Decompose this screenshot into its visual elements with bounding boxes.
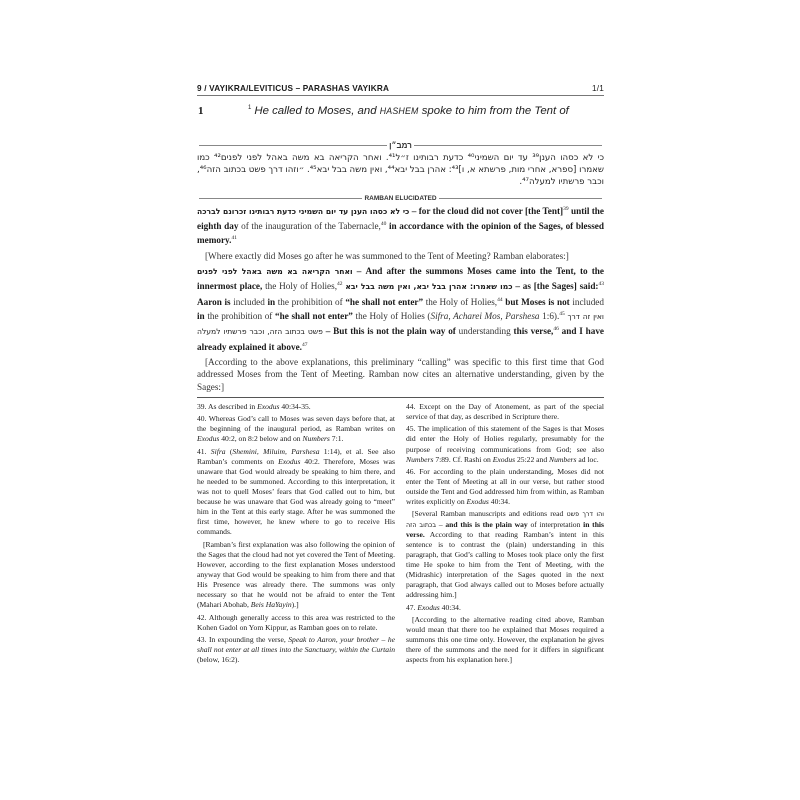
- ramban-elucidated-heading: RAMBAN ELUCIDATED: [197, 195, 604, 202]
- elucidated-bracket-note-2: [According to the above explanations, th…: [197, 356, 604, 393]
- footnotes-left-column: 39. As described in Exodus 40:34-35.40. …: [197, 402, 395, 667]
- book-page: 9 / VAYIKRA/LEVITICUS – PARASHAS VAYIKRA…: [197, 84, 604, 667]
- footnotes-right-column: 44. Except on the Day of Atonement, as p…: [406, 402, 604, 667]
- footnote-fn46: 46. For according to the plain understan…: [406, 467, 604, 507]
- ramban-hebrew-heading: רמב״ן: [197, 141, 604, 150]
- verse-line: 1 1He called to Moses, and Hashem spoke …: [197, 105, 604, 135]
- elucidated-paragraph-1: כי לא כסהו הענן עד יום השמיני כדעת רבותי…: [197, 203, 604, 247]
- elucidated-commentary: כי לא כסהו הענן עד יום השמיני כדעת רבותי…: [197, 203, 604, 393]
- footnote-fn42: 42. Although generally access to this ar…: [197, 613, 395, 633]
- hashem-smallcaps: Hashem: [380, 106, 419, 116]
- footnotes: 39. As described in Exodus 40:34-35.40. …: [197, 402, 604, 667]
- footnote-fn40: 40. Whereas God’s call to Moses was seve…: [197, 414, 395, 444]
- elucidated-bracket-note-1: [Where exactly did Moses go after he was…: [197, 250, 604, 262]
- footnote-fn47b: [According to the alternative reading ci…: [406, 615, 604, 665]
- verse-number: 1: [248, 105, 251, 111]
- footnote-fn44: 44. Except on the Day of Atonement, as p…: [406, 402, 604, 422]
- footnote-fn39: 39. As described in Exodus 40:34-35.: [197, 402, 395, 412]
- footnote-divider: [197, 397, 604, 398]
- footnote-fn47: 47. Exodus 40:34.: [406, 603, 604, 613]
- footnote-fn46b: [Several Ramban manuscripts and editions…: [406, 509, 604, 600]
- running-head-title: 9 / VAYIKRA/LEVITICUS – PARASHAS VAYIKRA: [197, 84, 389, 93]
- footnote-fn41: 41. Sifra (Shemini, Miluim, Parshesa 1:1…: [197, 447, 395, 538]
- page-reference: 1/1: [592, 84, 604, 93]
- footnote-fn43: 43. In expounding the verse, Speak to Aa…: [197, 635, 395, 665]
- footnote-fn45: 45. The implication of this statement of…: [406, 424, 604, 464]
- elucidated-paragraph-2: ואחר הקריאה בא משה באהל לפני לפנים – And…: [197, 265, 604, 353]
- verse-translation: 1He called to Moses, and Hashem spoke to…: [248, 105, 569, 117]
- chapter-number: 1: [198, 105, 248, 117]
- running-head: 9 / VAYIKRA/LEVITICUS – PARASHAS VAYIKRA…: [197, 84, 604, 96]
- ramban-hebrew-text: כי לא כסהו הענן³⁹ עד יום השמיני⁴⁰ כדעת ר…: [197, 152, 604, 189]
- footnote-fn41b: [Ramban’s first explanation was also fol…: [197, 540, 395, 611]
